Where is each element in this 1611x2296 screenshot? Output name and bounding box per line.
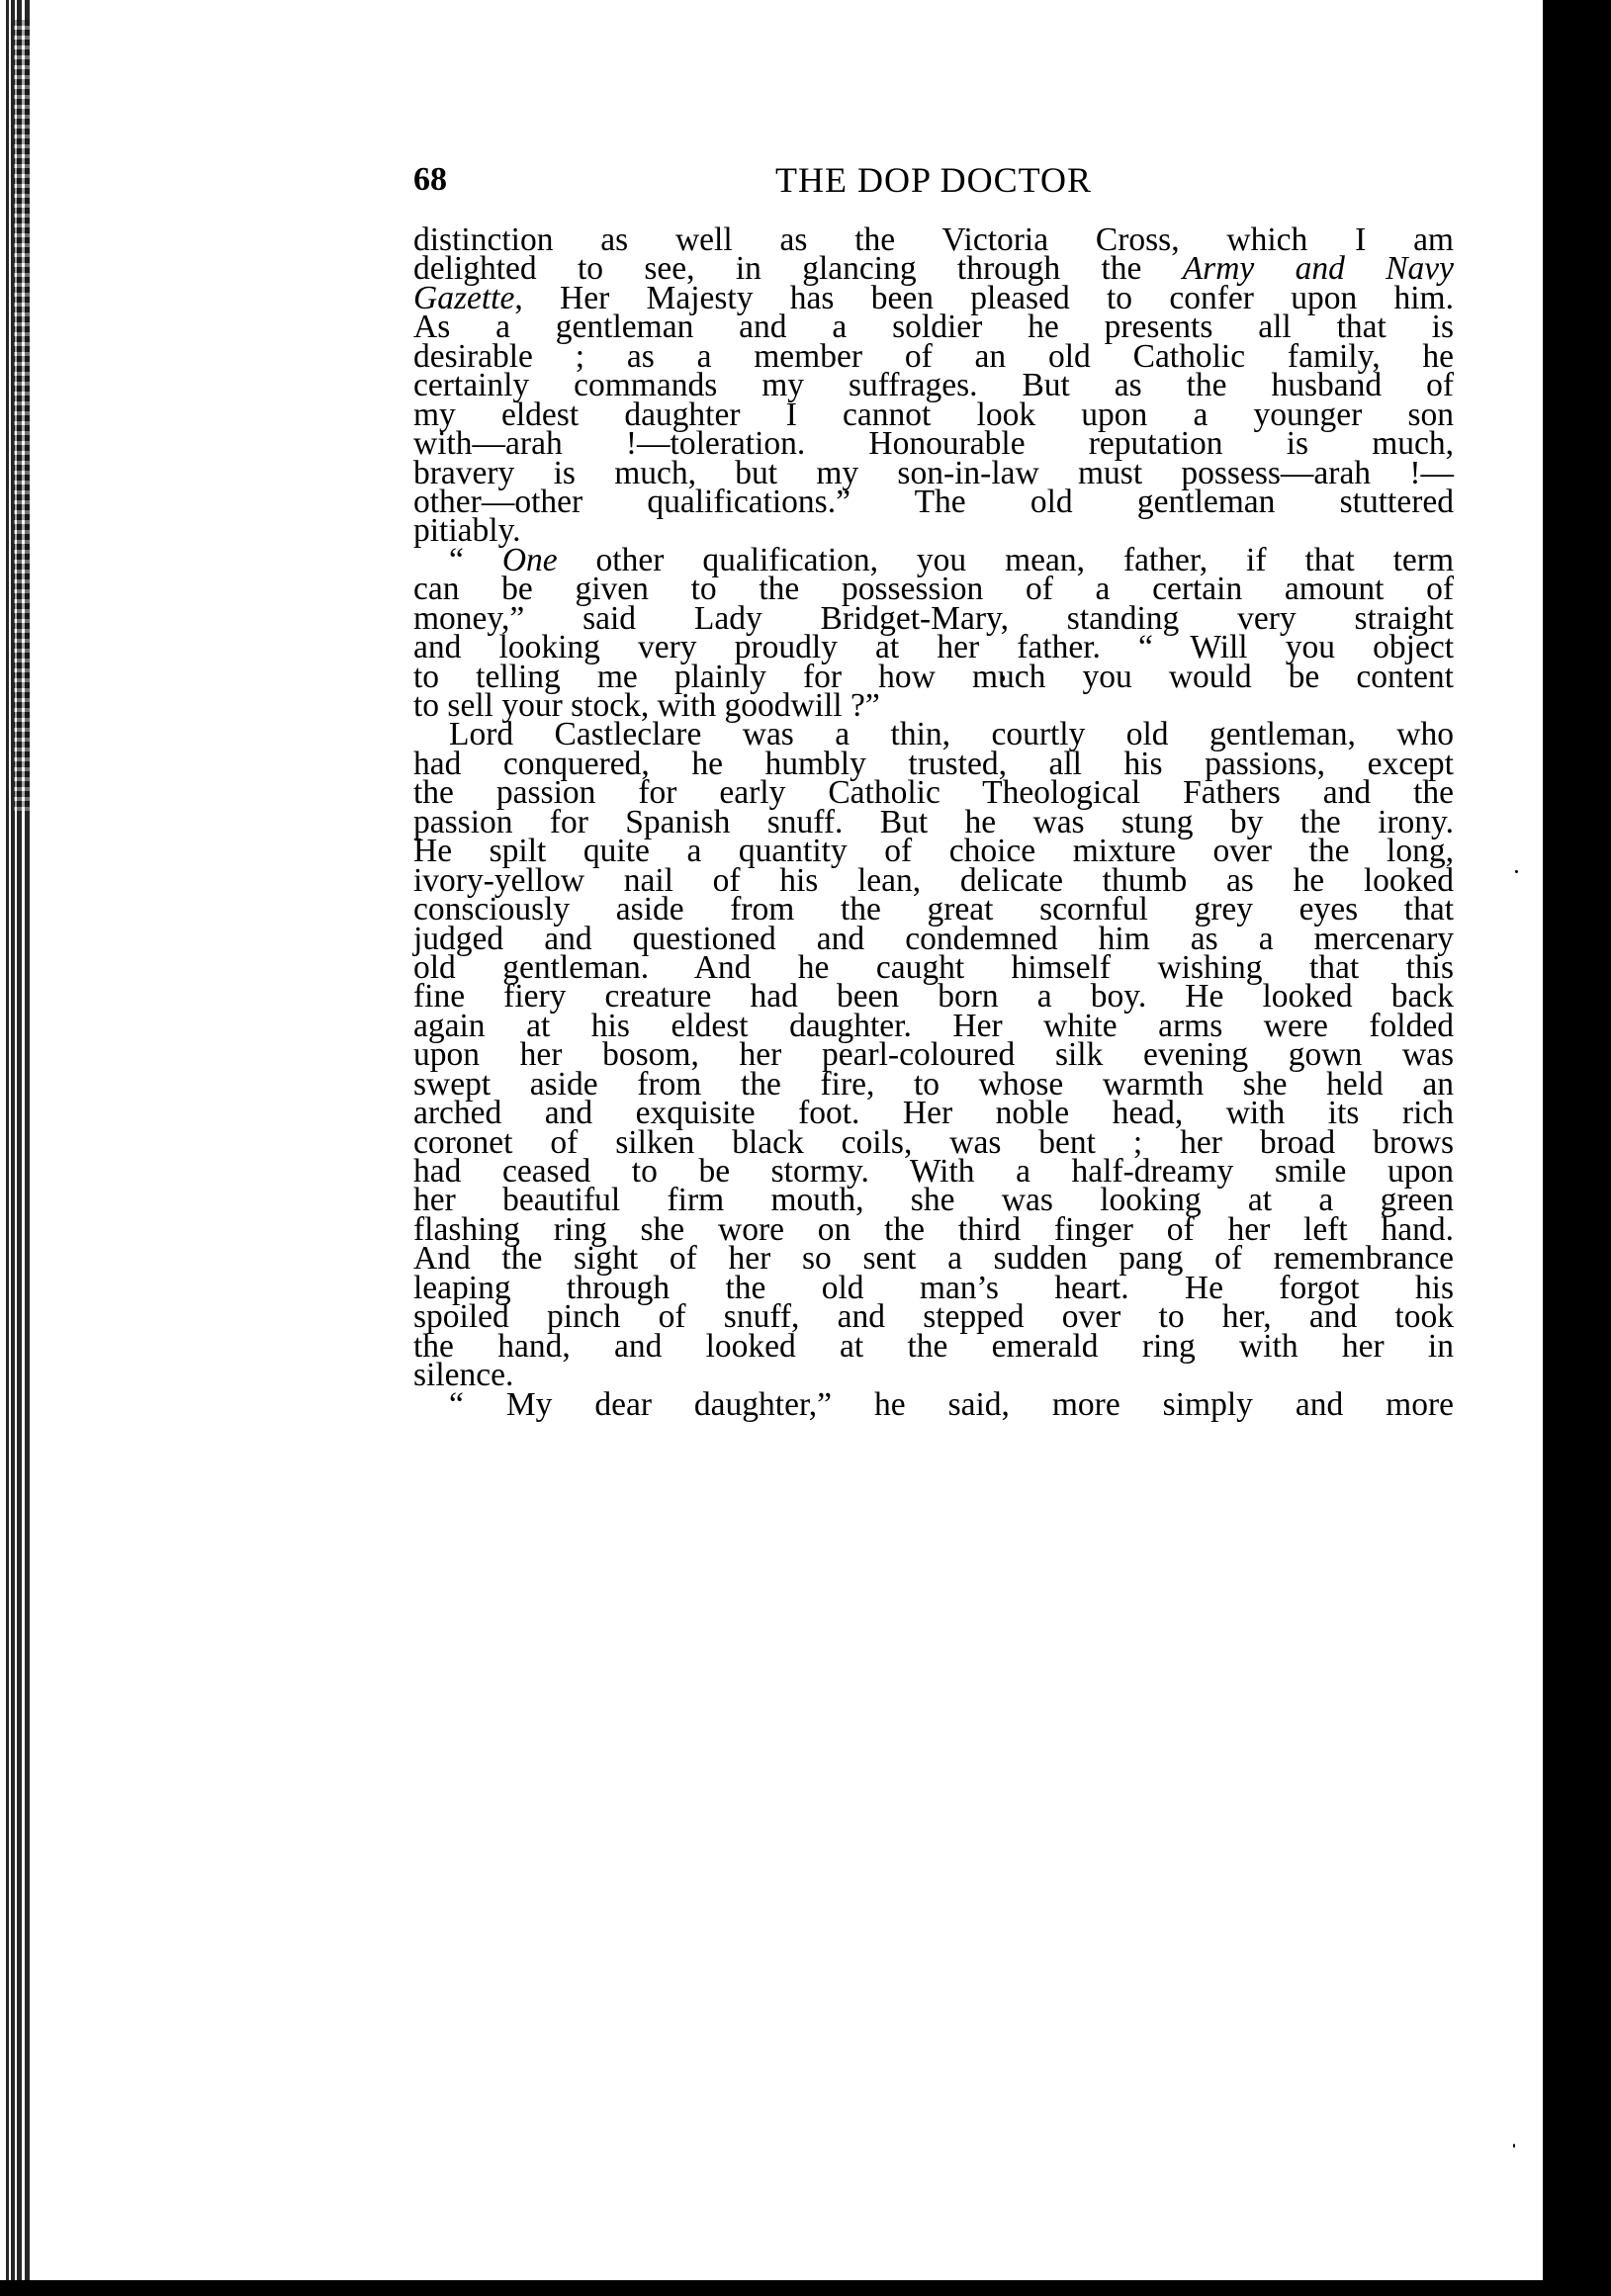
book-page: 68 THE DOP DOCTOR distinction as well as… <box>0 0 1611 2296</box>
text-line: the hand, and looked at the emerald ring… <box>413 1332 1454 1361</box>
line-text: the hand, and looked at the emerald ring… <box>413 1328 1454 1365</box>
scan-speck <box>1513 2144 1515 2148</box>
page-header: 68 THE DOP DOCTOR <box>413 160 1454 200</box>
scan-speck <box>1002 675 1005 681</box>
line-text: other—other qualifications.” The old gen… <box>413 484 1454 520</box>
text-line: other—other qualifications.” The old gen… <box>413 487 1454 516</box>
book-binding-artifact <box>14 20 30 811</box>
scan-border-bottom <box>0 2280 1611 2296</box>
scan-speck <box>1515 870 1518 873</box>
body-text: distinction as well as the Victoria Cros… <box>413 225 1454 1419</box>
running-title: THE DOP DOCTOR <box>413 160 1454 200</box>
text-line: “ My dear daughter,” he said, more simpl… <box>413 1390 1454 1419</box>
scan-border-right <box>1543 0 1611 2296</box>
line-text: “ My dear daughter,” he said, more simpl… <box>449 1386 1454 1423</box>
